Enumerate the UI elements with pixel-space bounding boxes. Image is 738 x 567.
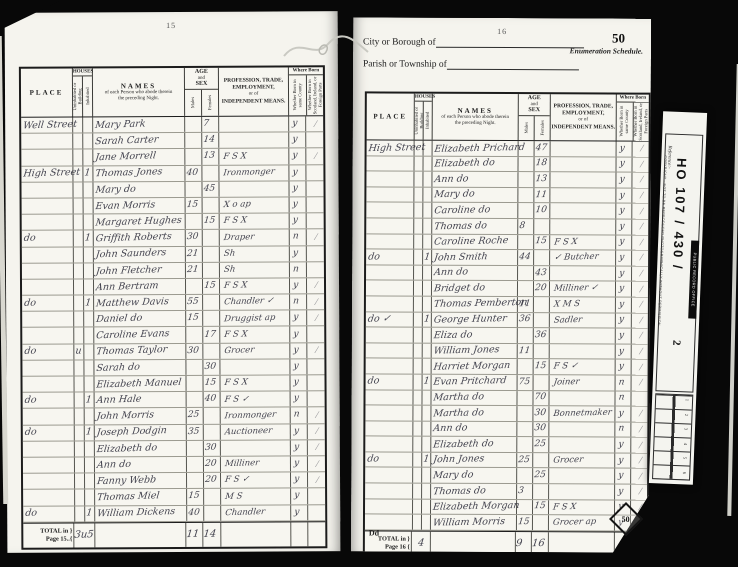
cell-i	[84, 215, 94, 230]
cell-prof	[221, 440, 291, 456]
cell-u	[73, 182, 83, 197]
census-page-left: 15 PLACE HOUSES Uninhabited or Building …	[5, 11, 341, 553]
cell-f: 43	[534, 266, 550, 281]
total-males-right: 9	[515, 539, 523, 549]
cell-place: do	[366, 250, 414, 265]
cell-bo: /	[308, 472, 325, 487]
cell-place	[21, 182, 73, 197]
cell-m	[186, 360, 203, 375]
cell-prof	[549, 484, 615, 499]
cell-name: Daniel do	[94, 311, 186, 327]
cell-m: 15	[186, 198, 203, 213]
col-inhabited: Inhabited	[85, 88, 90, 105]
cell-i	[423, 219, 432, 234]
cell-m: 15	[186, 311, 203, 326]
cell-m: 25	[517, 453, 533, 468]
cell-bc: y	[616, 251, 632, 266]
cell-u	[413, 484, 422, 499]
cell-i	[422, 437, 431, 452]
cell-prof: F S X	[550, 235, 616, 250]
page-number-left: 15	[166, 21, 176, 30]
cell-bo: /	[632, 298, 648, 313]
table-row: Mary do11y/	[366, 187, 648, 204]
cell-place	[22, 312, 74, 327]
cell-place	[22, 360, 74, 375]
cell-name: Sarah Carter	[93, 133, 185, 149]
cell-place	[366, 234, 414, 249]
cell-prof: Joiner	[550, 375, 616, 390]
cell-place: do	[366, 374, 414, 389]
cell-i	[83, 182, 93, 197]
cell-i	[423, 359, 432, 374]
cell-f	[203, 295, 220, 310]
cell-u	[414, 375, 423, 390]
cell-m	[185, 149, 202, 164]
cell-place	[366, 328, 414, 343]
table-row: High Street1Thomas Jones40Ironmongery	[21, 165, 323, 183]
cell-name: Fanny Webb	[95, 473, 187, 489]
cell-i	[84, 360, 94, 375]
cell-u	[74, 215, 84, 230]
cell-name: William Jones	[432, 343, 518, 358]
cell-u	[74, 328, 84, 343]
cell-name: Evan Pritchard	[432, 375, 518, 390]
cell-i	[423, 343, 432, 358]
cell-bo	[307, 246, 324, 261]
cell-place: do	[22, 231, 74, 246]
cell-bc: y	[615, 407, 631, 422]
cell-prof: Druggist ap	[220, 311, 290, 327]
table-row: Ann do43y/	[366, 265, 648, 282]
cell-bo: /	[632, 282, 648, 297]
cell-f: 10	[534, 204, 550, 219]
cell-prof	[219, 133, 289, 149]
cell-bc: n	[616, 375, 632, 390]
cell-f: 20	[534, 281, 550, 296]
cell-u	[413, 515, 422, 530]
cell-f: 15	[533, 500, 549, 515]
cell-i	[423, 203, 432, 218]
cell-prof: F S ✓	[221, 392, 291, 408]
cell-name: Matthew Davis	[94, 295, 186, 311]
col-born-county: Whether Born in same County	[292, 75, 303, 115]
ruler-scale: 123456	[652, 393, 693, 480]
cell-prof: ✓ Butcher	[550, 250, 616, 265]
table-row: Elizabeth Manuel15F S Xy	[22, 375, 324, 393]
cell-i	[423, 187, 432, 202]
cell-name: Mary do	[93, 182, 185, 198]
cell-i	[423, 281, 432, 296]
cell-name: Elizabeth Manuel	[94, 376, 186, 392]
reference-piece-number: 2	[670, 340, 682, 346]
cell-place	[21, 150, 73, 165]
cell-bc: y	[616, 344, 632, 359]
cell-m: 75	[518, 375, 534, 390]
cell-bo: /	[306, 116, 323, 131]
cell-bo: /	[631, 438, 647, 453]
cell-i	[422, 390, 431, 405]
cell-u	[414, 328, 423, 343]
cell-bc: y	[289, 132, 306, 147]
cell-bo: /	[631, 453, 647, 468]
cell-name: Mary do	[432, 187, 518, 202]
cell-f: 18	[534, 157, 550, 172]
cell-name: Harriet Morgan	[432, 359, 518, 374]
col-uninhabited: Uninhabited or Building	[73, 76, 83, 116]
cell-i	[84, 247, 94, 262]
cell-f: 15	[203, 214, 220, 229]
cell-place: do	[22, 296, 74, 311]
cell-m: 30	[186, 343, 203, 358]
cell-i: 1	[84, 295, 94, 310]
cell-prof: Grocer	[220, 343, 290, 359]
cell-place	[365, 390, 413, 405]
cell-i	[84, 328, 94, 343]
col-houses-group: HOUSES Uninhabited or Building Inhabited	[73, 68, 93, 116]
cell-bc: y	[289, 165, 306, 180]
reference-strip: COPYRIGHT - NOT TO BE REPRODUCED PHOTOGR…	[649, 111, 707, 484]
cell-place	[23, 409, 75, 424]
cell-bo	[631, 391, 647, 406]
cell-name: Ann do	[432, 172, 518, 187]
cell-place: High Street	[21, 166, 73, 181]
cell-bo: /	[308, 456, 325, 471]
total-houses-left: 3u5	[74, 530, 94, 541]
table-row: do1John Smith44✓ Butchery/	[366, 250, 648, 267]
table-row: Ann Bertram15F S Xy/	[22, 278, 324, 296]
cell-i	[85, 441, 95, 456]
cell-prof: Draper	[220, 230, 290, 246]
cell-u	[75, 474, 85, 489]
cell-i: 1	[422, 453, 431, 468]
cell-prof: Milliner ✓	[550, 282, 616, 297]
cell-place	[21, 134, 73, 149]
cell-name: Sarah do	[94, 360, 186, 376]
cell-m: 15	[187, 489, 204, 504]
cell-place	[23, 490, 75, 505]
ruler-number: 4	[683, 442, 688, 444]
cell-name: Bridget do	[432, 281, 518, 296]
cell-u	[74, 247, 84, 262]
cell-i	[84, 198, 94, 213]
table-row: Sarah Carter14y	[21, 132, 323, 150]
cell-place	[22, 215, 74, 230]
ruler-number: 6	[682, 472, 687, 474]
cell-prof	[549, 422, 615, 437]
census-scan-screenshot: { "document_type": "1841 England and Wal…	[0, 0, 738, 567]
cell-m: 55	[186, 295, 203, 310]
cell-f: 14	[202, 133, 219, 148]
cell-name: Thomas Miel	[95, 489, 187, 505]
cell-m	[518, 203, 534, 218]
cell-f	[204, 424, 221, 439]
cell-m: 25	[187, 408, 204, 423]
cell-m	[186, 214, 203, 229]
cell-i	[85, 457, 95, 472]
cell-place: do	[23, 393, 75, 408]
cell-prof: Sh	[220, 246, 290, 262]
ruler-number: 2	[684, 413, 689, 415]
cell-u	[414, 312, 423, 327]
cell-place	[366, 359, 414, 374]
cell-name: Ann Bertram	[94, 279, 186, 295]
cell-name: Margaret Hughes	[94, 214, 186, 230]
table-body-left: Well StreetMary Park7y/Sarah Carter14yJa…	[21, 116, 325, 522]
cell-bc: y	[290, 375, 307, 390]
cell-u	[414, 297, 423, 312]
cell-prof: Milliner	[221, 456, 291, 472]
col-profession: PROFESSION, TRADE, EMPLOYMENT, or of IND…	[219, 67, 289, 115]
cell-f	[533, 484, 549, 499]
cell-f: 47	[535, 141, 551, 156]
cell-place	[22, 247, 74, 262]
cell-bc: n	[615, 391, 631, 406]
cell-bc: y	[289, 149, 306, 164]
table-row: Martha do30Bonnetmakery/	[365, 406, 647, 423]
cell-place	[365, 468, 413, 483]
cell-name: Ann do	[95, 457, 187, 473]
table-row: Eliza do36y/	[366, 328, 648, 345]
cell-place	[23, 441, 75, 456]
total-males-left: 11	[186, 529, 200, 539]
cell-m	[186, 279, 203, 294]
cell-i	[84, 344, 94, 359]
table-row: William Jones11y/	[366, 343, 648, 360]
table-row: do1Matthew Davis55Chandler ✓n/	[22, 294, 324, 312]
reference-label: Reference:-	[666, 145, 672, 168]
cell-i	[422, 468, 431, 483]
cell-f: 20	[204, 457, 221, 472]
cell-f	[534, 313, 550, 328]
cell-bo	[307, 213, 324, 228]
cell-place	[365, 499, 413, 514]
cell-bc: y	[291, 489, 308, 504]
table-header-left: PLACE HOUSES Uninhabited or Building Inh…	[21, 67, 323, 118]
table-row: do1Griffith Roberts30Drapern/	[22, 230, 324, 248]
cell-u	[413, 406, 422, 421]
cell-bo: /	[307, 294, 324, 309]
cell-i	[422, 421, 431, 436]
cell-u	[413, 421, 422, 436]
cell-f: 7	[202, 117, 219, 132]
col-males: Males	[190, 97, 195, 108]
cell-m	[185, 117, 202, 132]
cell-name: George Hunter	[432, 312, 518, 327]
cell-bc: n	[290, 230, 307, 245]
cell-bc: y	[290, 197, 307, 212]
cell-i: 1	[85, 425, 95, 440]
cell-f: 13	[202, 149, 219, 164]
table-row: do1John Jones25Grocery/	[365, 452, 647, 469]
cell-u	[414, 265, 423, 280]
cell-i	[84, 312, 94, 327]
cell-m	[518, 157, 534, 172]
cell-f	[534, 344, 550, 359]
table-row: do ✓1George Hunter36Sadlery/	[366, 312, 648, 329]
cell-prof: Ironmonger	[219, 165, 289, 181]
page-number-right: 16	[497, 27, 507, 36]
table-row: Bridget do20Milliner ✓y/	[366, 281, 648, 298]
census-table-left: PLACE HOUSES Uninhabited or Building Inh…	[19, 65, 328, 549]
col-where-born-group: Where Born Whether Born in same County W…	[289, 67, 323, 115]
cell-prof: F S ✓	[550, 360, 616, 375]
cell-name: Thomas Jones	[93, 165, 185, 181]
cell-name: Joseph Dodgin	[95, 424, 187, 440]
cell-u	[74, 360, 84, 375]
cell-bo	[307, 197, 324, 212]
cell-m: 3	[517, 484, 533, 499]
cell-f	[534, 219, 550, 234]
cell-u	[413, 437, 422, 452]
cell-f: 30	[203, 360, 220, 375]
cell-place	[366, 343, 414, 358]
table-row: John Saunders21Shy	[22, 246, 324, 264]
cell-bo	[307, 327, 324, 342]
cell-m	[517, 406, 533, 421]
cell-u	[74, 376, 84, 391]
cell-f: 20	[204, 473, 221, 488]
cell-prof	[550, 157, 616, 172]
table-row: Well StreetMary Park7y/	[21, 116, 323, 134]
cell-bo	[307, 375, 324, 390]
public-record-office-label: PUBLIC RECORD OFFICE	[688, 240, 699, 318]
cell-place	[366, 296, 414, 311]
cell-name: Ann Hale	[95, 392, 187, 408]
cell-place: High Street	[367, 140, 415, 155]
cell-bo: /	[632, 266, 648, 281]
cell-m: 21	[186, 246, 203, 261]
cell-name: Thomas do	[432, 219, 518, 234]
cell-place	[22, 377, 74, 392]
cell-name: John Saunders	[94, 246, 186, 262]
total-females-right: 16	[532, 539, 546, 549]
cell-m	[187, 473, 204, 488]
cell-f: 11	[534, 188, 550, 203]
cell-prof	[219, 116, 289, 132]
table-row: Elizabeth Morgan15F S Xy/	[365, 499, 647, 516]
cell-m	[187, 457, 204, 472]
cell-m: 36	[518, 313, 534, 328]
cell-u	[414, 343, 423, 358]
cell-bc: y	[291, 472, 308, 487]
cell-place	[365, 483, 413, 498]
cell-u	[75, 506, 85, 521]
cell-u	[414, 203, 423, 218]
cell-i: 1	[83, 166, 93, 181]
cell-bo: /	[632, 360, 648, 375]
cell-prof: Bonnetmaker	[549, 406, 615, 421]
cell-bc: n	[615, 422, 631, 437]
cell-u	[74, 296, 84, 311]
cell-bo: /	[631, 422, 647, 437]
cell-bc: y	[616, 266, 632, 281]
cell-f	[203, 343, 220, 358]
cell-bo: /	[632, 313, 648, 328]
cell-prof: F S X	[220, 327, 290, 343]
cell-f	[203, 311, 220, 326]
cell-prof: F S X	[219, 149, 289, 165]
cell-prof	[549, 391, 615, 406]
table-body-right: High StreetElizabeth Prichard47y/Elizabe…	[365, 140, 649, 531]
cell-m: 15	[517, 515, 533, 530]
cell-u	[75, 441, 85, 456]
cell-bc: y	[616, 282, 632, 297]
cell-i	[423, 172, 432, 187]
cell-f	[202, 165, 219, 180]
col-born-elsewhere: Whether Born in Scotland, Ireland, or Fo…	[307, 75, 323, 115]
cell-prof: M S	[221, 489, 291, 505]
cell-bc: y	[615, 438, 631, 453]
table-row: Thomas do8y/	[366, 218, 648, 235]
cell-m	[518, 172, 534, 187]
cell-bo: /	[631, 485, 647, 500]
cell-f: 13	[534, 172, 550, 187]
cell-name: Caroline do	[432, 203, 518, 218]
cell-f: 15	[534, 359, 550, 374]
schedule-number: 50	[612, 30, 625, 46]
printer-mark: Dd	[369, 528, 379, 537]
table-row: Harriet Morgan15F S ✓y/	[366, 359, 648, 376]
cell-u	[74, 198, 84, 213]
cell-m: 44	[518, 250, 534, 265]
cell-bc: y	[290, 327, 307, 342]
table-row: Elizabeth do30y/	[23, 440, 325, 458]
scan-edge-sliver-right	[727, 64, 738, 516]
census-page-right: 16 50 Enumeration Schedule. City or Boro…	[351, 17, 651, 552]
cell-f	[203, 198, 220, 213]
cell-name: Elizabeth Prichard	[433, 141, 519, 156]
ruler-number: 3	[683, 428, 688, 430]
cell-name: Thomas Taylor	[94, 344, 186, 360]
cell-f: 45	[202, 182, 219, 197]
table-row: do1William Dickens40Chandlery	[23, 505, 325, 523]
cell-f	[204, 408, 221, 423]
cell-u	[74, 312, 84, 327]
table-row: Ann do13y/	[366, 172, 648, 189]
cell-prof: F S X	[220, 278, 290, 294]
cell-m: 40	[187, 505, 204, 520]
cell-prof: X M S	[550, 297, 616, 312]
cell-prof	[219, 181, 289, 197]
cell-bc: y	[616, 188, 632, 203]
cell-u	[414, 172, 423, 187]
cell-prof: Auctioneer	[221, 424, 291, 440]
cell-bc: y	[291, 424, 308, 439]
cell-name: Ann do	[431, 421, 517, 436]
col-houses: HOUSES	[73, 68, 92, 76]
cell-bc: y	[289, 116, 306, 131]
cell-place	[22, 328, 74, 343]
cell-u: u	[74, 344, 84, 359]
cell-prof	[220, 359, 290, 375]
cell-bo	[308, 489, 325, 504]
cell-prof	[550, 266, 616, 281]
cell-prof: F S ✓	[221, 473, 291, 489]
cell-name: William Morris	[431, 515, 517, 530]
cell-i	[422, 499, 431, 514]
cell-i	[84, 279, 94, 294]
cell-bc: y	[615, 485, 631, 500]
cell-m	[518, 235, 534, 250]
cell-prof: Chandler ✓	[220, 294, 290, 310]
cell-name: John Jones	[431, 453, 517, 468]
cell-name: Ann do	[432, 265, 518, 280]
total-row-left: TOTAL in } Page 15..{ 3u5 11 14	[23, 521, 325, 548]
cell-place	[22, 198, 74, 213]
cell-bo	[306, 181, 323, 196]
cell-i	[422, 484, 431, 499]
city-borough-line: City or Borough of	[363, 37, 584, 48]
